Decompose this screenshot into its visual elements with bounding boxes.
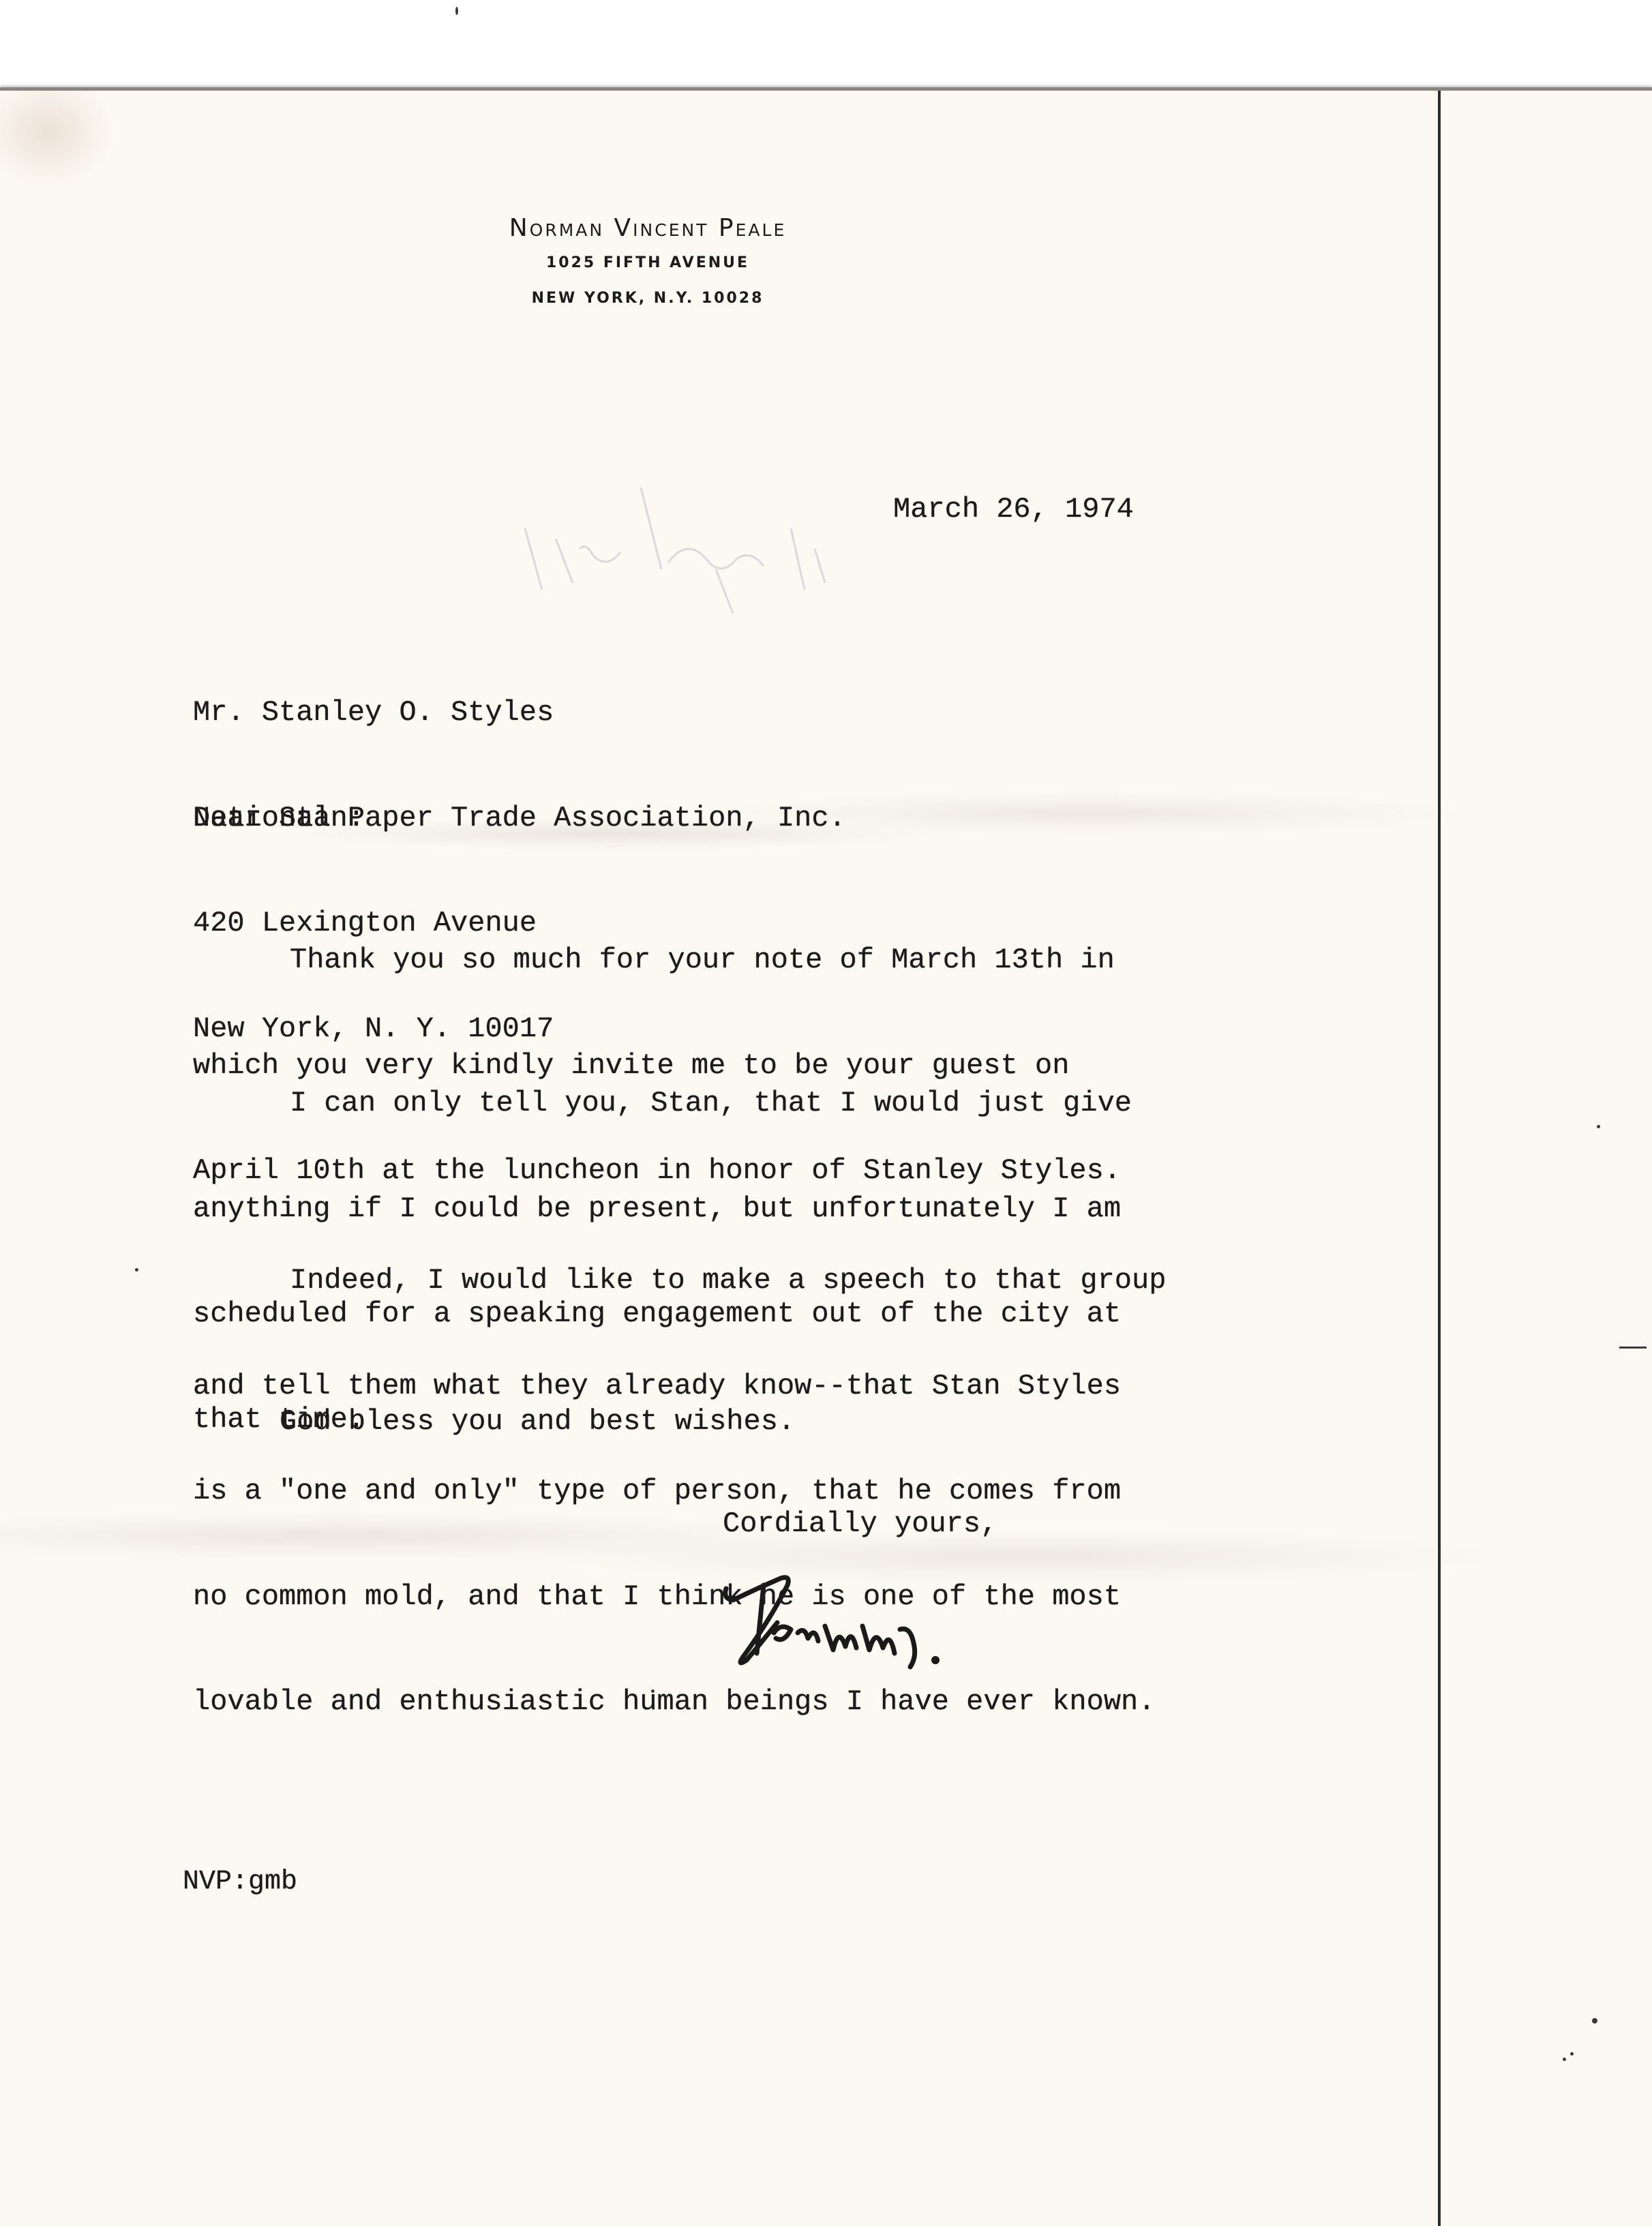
pencil-marks-decoration: [505, 481, 859, 617]
letterhead-city: NEW YORK, N.Y. 10028: [409, 290, 886, 307]
speck-decoration: [1570, 2052, 1574, 2056]
speck-decoration: [1563, 2058, 1566, 2061]
letter-date: March 26, 1974: [893, 492, 1134, 528]
complimentary-close: Cordially yours,: [723, 1507, 997, 1542]
letterhead: Norman Vincent Peale 1025 FIFTH AVENUE N…: [409, 215, 886, 307]
speck-decoration: [1619, 1347, 1647, 1349]
speck-decoration: [135, 1268, 138, 1272]
paragraph-line: and tell them what they already know--th…: [193, 1369, 1166, 1404]
speck-decoration: [1597, 1125, 1600, 1128]
paragraph-line: Indeed, I would like to make a speech to…: [193, 1263, 1166, 1299]
speck-decoration: [455, 7, 458, 15]
reference-initials: NVP:gmb: [183, 1865, 297, 1900]
salutation: Dear Stan:: [193, 801, 365, 837]
closing-sentence: God bless you and best wishes.: [280, 1404, 795, 1440]
paragraph-line: Thank you so much for your note of March…: [193, 943, 1121, 978]
paragraph-line: lovable and enthusiastic human beings I …: [193, 1685, 1166, 1720]
vertical-rule-line: [1438, 91, 1441, 2226]
speck-decoration: [1592, 2018, 1597, 2024]
paragraph-line: is a "one and only" type of person, that…: [193, 1474, 1166, 1509]
letterhead-name: Norman Vincent Peale: [409, 215, 886, 242]
paragraph-line: I can only tell you, Stan, that I would …: [193, 1086, 1132, 1122]
handwritten-signature-icon: [716, 1558, 1057, 1681]
scanner-background: [0, 0, 1652, 89]
address-line: Mr. Stanley O. Styles: [193, 695, 846, 731]
letterhead-street: 1025 FIFTH AVENUE: [409, 254, 886, 272]
